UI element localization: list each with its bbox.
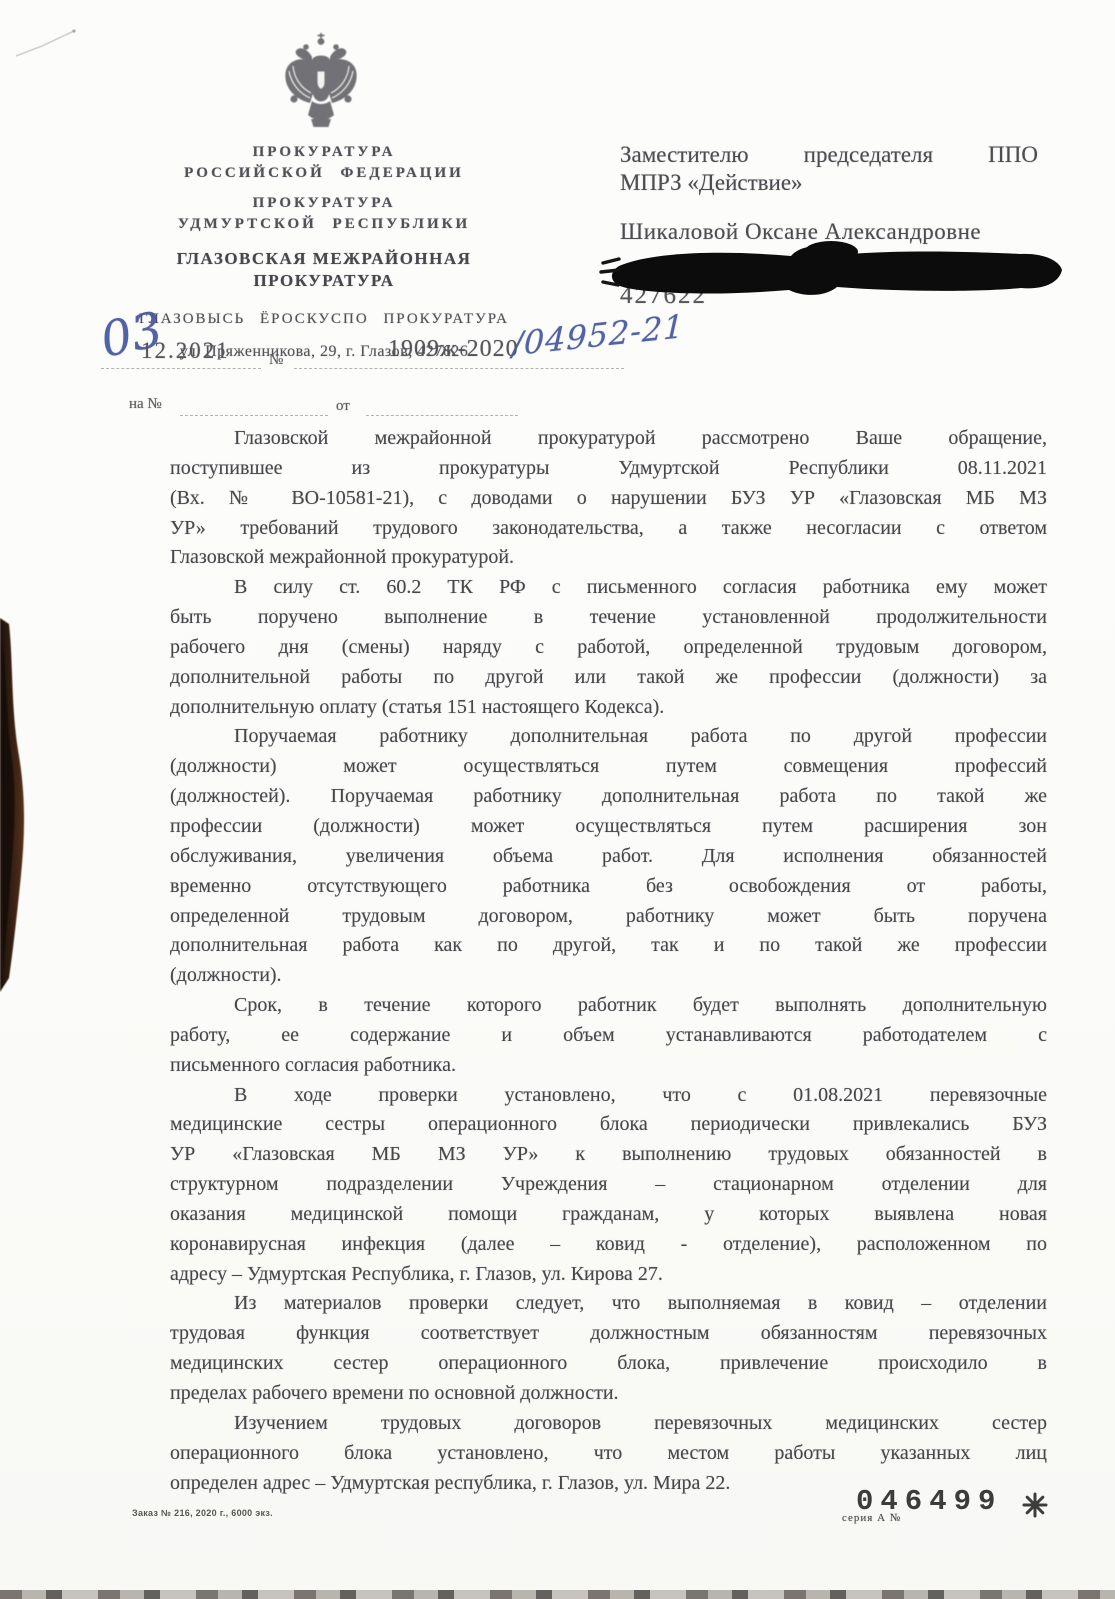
org-local-line1: ГЛАЗОВСКАЯ МЕЖРАЙОННАЯ: [118, 248, 530, 270]
scanned-letter-page: ПРОКУРАТУРА РОССИЙСКОЙ ФЕДЕРАЦИИ ПРОКУРА…: [0, 0, 1115, 1599]
body-line: УР «Глазовская МБ МЗ УР» к выполнению тр…: [170, 1140, 1047, 1170]
body-line: В силу ст. 60.2 ТК РФ с письменного согл…: [170, 573, 1047, 603]
body-line: Поручаемая работнику дополнительная рабо…: [170, 722, 1047, 752]
redaction-bar: [595, 239, 1065, 305]
body-line: письменного согласия работника.: [170, 1051, 1047, 1081]
body-line: обслуживания, увеличения объема работ. Д…: [170, 842, 1047, 872]
body-line: Глазовской межрайонной прокуратурой расс…: [170, 424, 1047, 454]
body-line: Срок, в течение которого работник будет …: [170, 991, 1047, 1021]
number-form-line: [294, 368, 624, 369]
body-line: (должностей). Поручаемая работнику допол…: [170, 782, 1047, 812]
recipient-line2: МПРЗ «Действие»: [620, 169, 1038, 197]
letterhead: ПРОКУРАТУРА РОССИЙСКОЙ ФЕДЕРАЦИИ ПРОКУРА…: [118, 142, 530, 361]
number-sign: №: [269, 352, 283, 369]
body-line: дополнительной работы по другой или тако…: [170, 663, 1047, 693]
reply-to-label: на №: [129, 396, 162, 413]
outgoing-number-printed: 1909ж-2020: [388, 336, 519, 363]
body-line: операционного блока установлено, что мес…: [170, 1439, 1047, 1469]
scan-scratch-artifact: [12, 22, 92, 62]
body-line: В ходе проверки установлено, что с 01.08…: [170, 1081, 1047, 1111]
body-line: Из материалов проверки следует, что выпо…: [170, 1289, 1047, 1319]
body-line: (должности) может осуществляться путем с…: [170, 752, 1047, 782]
outgoing-number-handwritten: /04952-21: [512, 307, 686, 363]
body-line: медицинских сестер операционного блока, …: [170, 1349, 1047, 1379]
body-line: адресу – Удмуртская Республика, г. Глазо…: [170, 1260, 1047, 1290]
org-federal-line1: ПРОКУРАТУРА: [118, 142, 530, 163]
body-line: дополнительная работа как по другой, так…: [170, 931, 1047, 961]
reply-to-form-line: [180, 415, 328, 416]
body-line: оказания медицинской помощи гражданам, у…: [170, 1200, 1047, 1230]
body-line: работу, ее содержание и объем устанавлив…: [170, 1021, 1047, 1051]
stamp-number: 046499: [856, 1485, 1002, 1518]
body-line: структурном подразделении Учреждения – с…: [170, 1170, 1047, 1200]
body-line: рабочего дня (смены) наряду с работой, о…: [170, 633, 1047, 663]
body-line: пределах рабочего времени по основной до…: [170, 1379, 1047, 1409]
body-line: (должности).: [170, 961, 1047, 991]
body-line: поступившее из прокуратуры Удмуртской Ре…: [170, 454, 1047, 484]
bottom-scan-band-artifact: [0, 1590, 1115, 1599]
org-republic-line1: ПРОКУРАТУРА: [118, 193, 530, 214]
body-line: УР» требований трудового законодательств…: [170, 514, 1047, 544]
body-line: медицинские сестры операционного блока п…: [170, 1110, 1047, 1140]
eight-spoke-asterisk-icon: [1022, 1492, 1048, 1518]
footer-print-note: Заказ № 216, 2020 г., 6000 экз.: [132, 1508, 273, 1518]
body-line: Изучением трудовых договоров перевязочны…: [170, 1409, 1047, 1439]
recipient-line1: Заместителю председателя ППО: [620, 141, 1038, 169]
recipient-block: Заместителю председателя ППО МПРЗ «Дейст…: [620, 141, 1038, 246]
org-republic-line2: УДМУРТСКОЙ РЕСПУБЛИКИ: [118, 214, 530, 235]
org-udmurt-line: ГЛАЗОВЫСЬ ЁРОСКУСПО ПРОКУРАТУРА: [118, 309, 530, 330]
left-edge-smudge-artifact: [0, 610, 36, 1050]
body-line: временно отсутствующего работника без ос…: [170, 872, 1047, 902]
body-line: Глазовской межрайонной прокуратурой.: [170, 543, 1047, 573]
org-federal-line2: РОССИЙСКОЙ ФЕДЕРАЦИИ: [118, 163, 530, 184]
date-printed: 12.2021: [141, 338, 230, 364]
body-text: Глазовской межрайонной прокуратурой расс…: [170, 424, 1047, 1498]
body-line: быть поручено выполнение в течение устан…: [170, 603, 1047, 633]
body-line: определенной трудовым договором, работни…: [170, 902, 1047, 932]
body-line: дополнительную оплату (статья 151 настоя…: [170, 693, 1047, 723]
russia-coat-of-arms-icon: [281, 33, 361, 131]
body-line: профессии (должности) может осуществлять…: [170, 812, 1047, 842]
body-line: (Вх. № ВО-10581-21), с доводами о наруше…: [170, 484, 1047, 514]
reply-from-label: от: [336, 398, 350, 415]
body-line: трудовая функция соответствует должностн…: [170, 1319, 1047, 1349]
reply-from-form-line: [366, 415, 518, 416]
date-form-line: [101, 368, 261, 369]
body-line: коронавирусная инфекция (далее – ковид -…: [170, 1230, 1047, 1260]
org-local-line2: ПРОКУРАТУРА: [118, 270, 530, 292]
